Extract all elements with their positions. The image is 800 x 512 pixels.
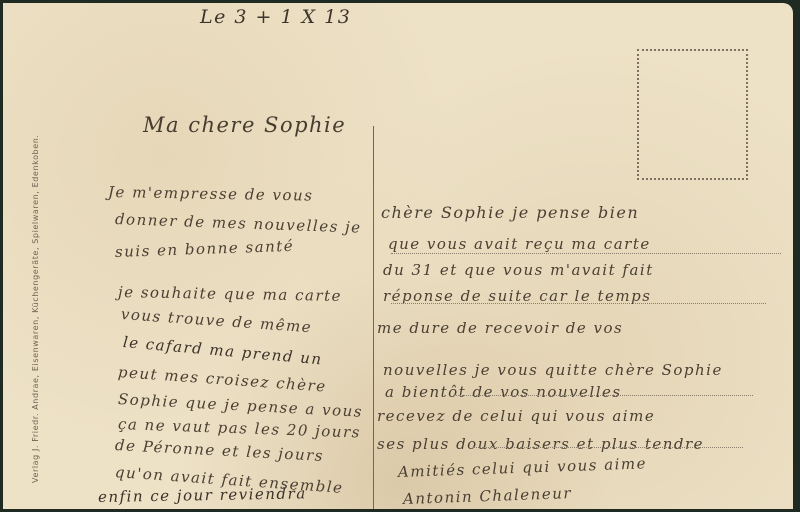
salutation: Ma chere Sophie xyxy=(143,113,346,137)
center-divider-line xyxy=(373,126,374,509)
left-line-6: le cafard ma prend un xyxy=(122,333,323,368)
left-line-5: vous trouve de même xyxy=(120,305,312,336)
right-line-8: recevez de celui qui vous aime xyxy=(377,407,655,425)
postcard-back: Le 3 + 1 X 13 Ma chere Sophie Verlag J. … xyxy=(3,3,793,509)
left-line-1: Je m'empresse de vous xyxy=(108,183,314,205)
guide-dotted-line xyxy=(453,395,753,396)
left-line-3: suis en bonne santé xyxy=(115,237,295,261)
right-line-6: nouvelles je vous quitte chère Sophie xyxy=(383,361,723,379)
left-line-12: enfin ce jour reviendra xyxy=(98,484,307,506)
guide-dotted-line xyxy=(473,447,743,448)
right-line-7: a bientôt de vos nouvelles xyxy=(385,383,622,401)
stamp-placeholder-box xyxy=(637,49,748,180)
left-line-2: donner de mes nouvelles je xyxy=(115,210,362,237)
guide-dotted-line xyxy=(391,253,781,254)
right-line-5: me dure de recevoir de vos xyxy=(377,319,623,337)
right-line-10: Amitiés celui qui vous aime xyxy=(398,454,648,481)
date-heading: Le 3 + 1 X 13 xyxy=(200,6,351,28)
right-line-9: ses plus doux baisers et plus tendre xyxy=(377,435,704,453)
guide-dotted-line xyxy=(391,303,766,304)
right-line-2: que vous avait reçu ma carte xyxy=(388,235,651,253)
signature: Antonin Chaleneur xyxy=(403,484,573,508)
left-line-4: je souhaite que ma carte xyxy=(118,283,342,305)
right-line-3: du 31 et que vous m'avait fait xyxy=(383,261,654,279)
right-line-1: chère Sophie je pense bien xyxy=(381,203,639,222)
publisher-imprint: Verlag J. Friedr. Andrae, Eisenwaren, Kü… xyxy=(31,83,40,483)
left-line-10: de Péronne et les jours xyxy=(115,436,325,465)
